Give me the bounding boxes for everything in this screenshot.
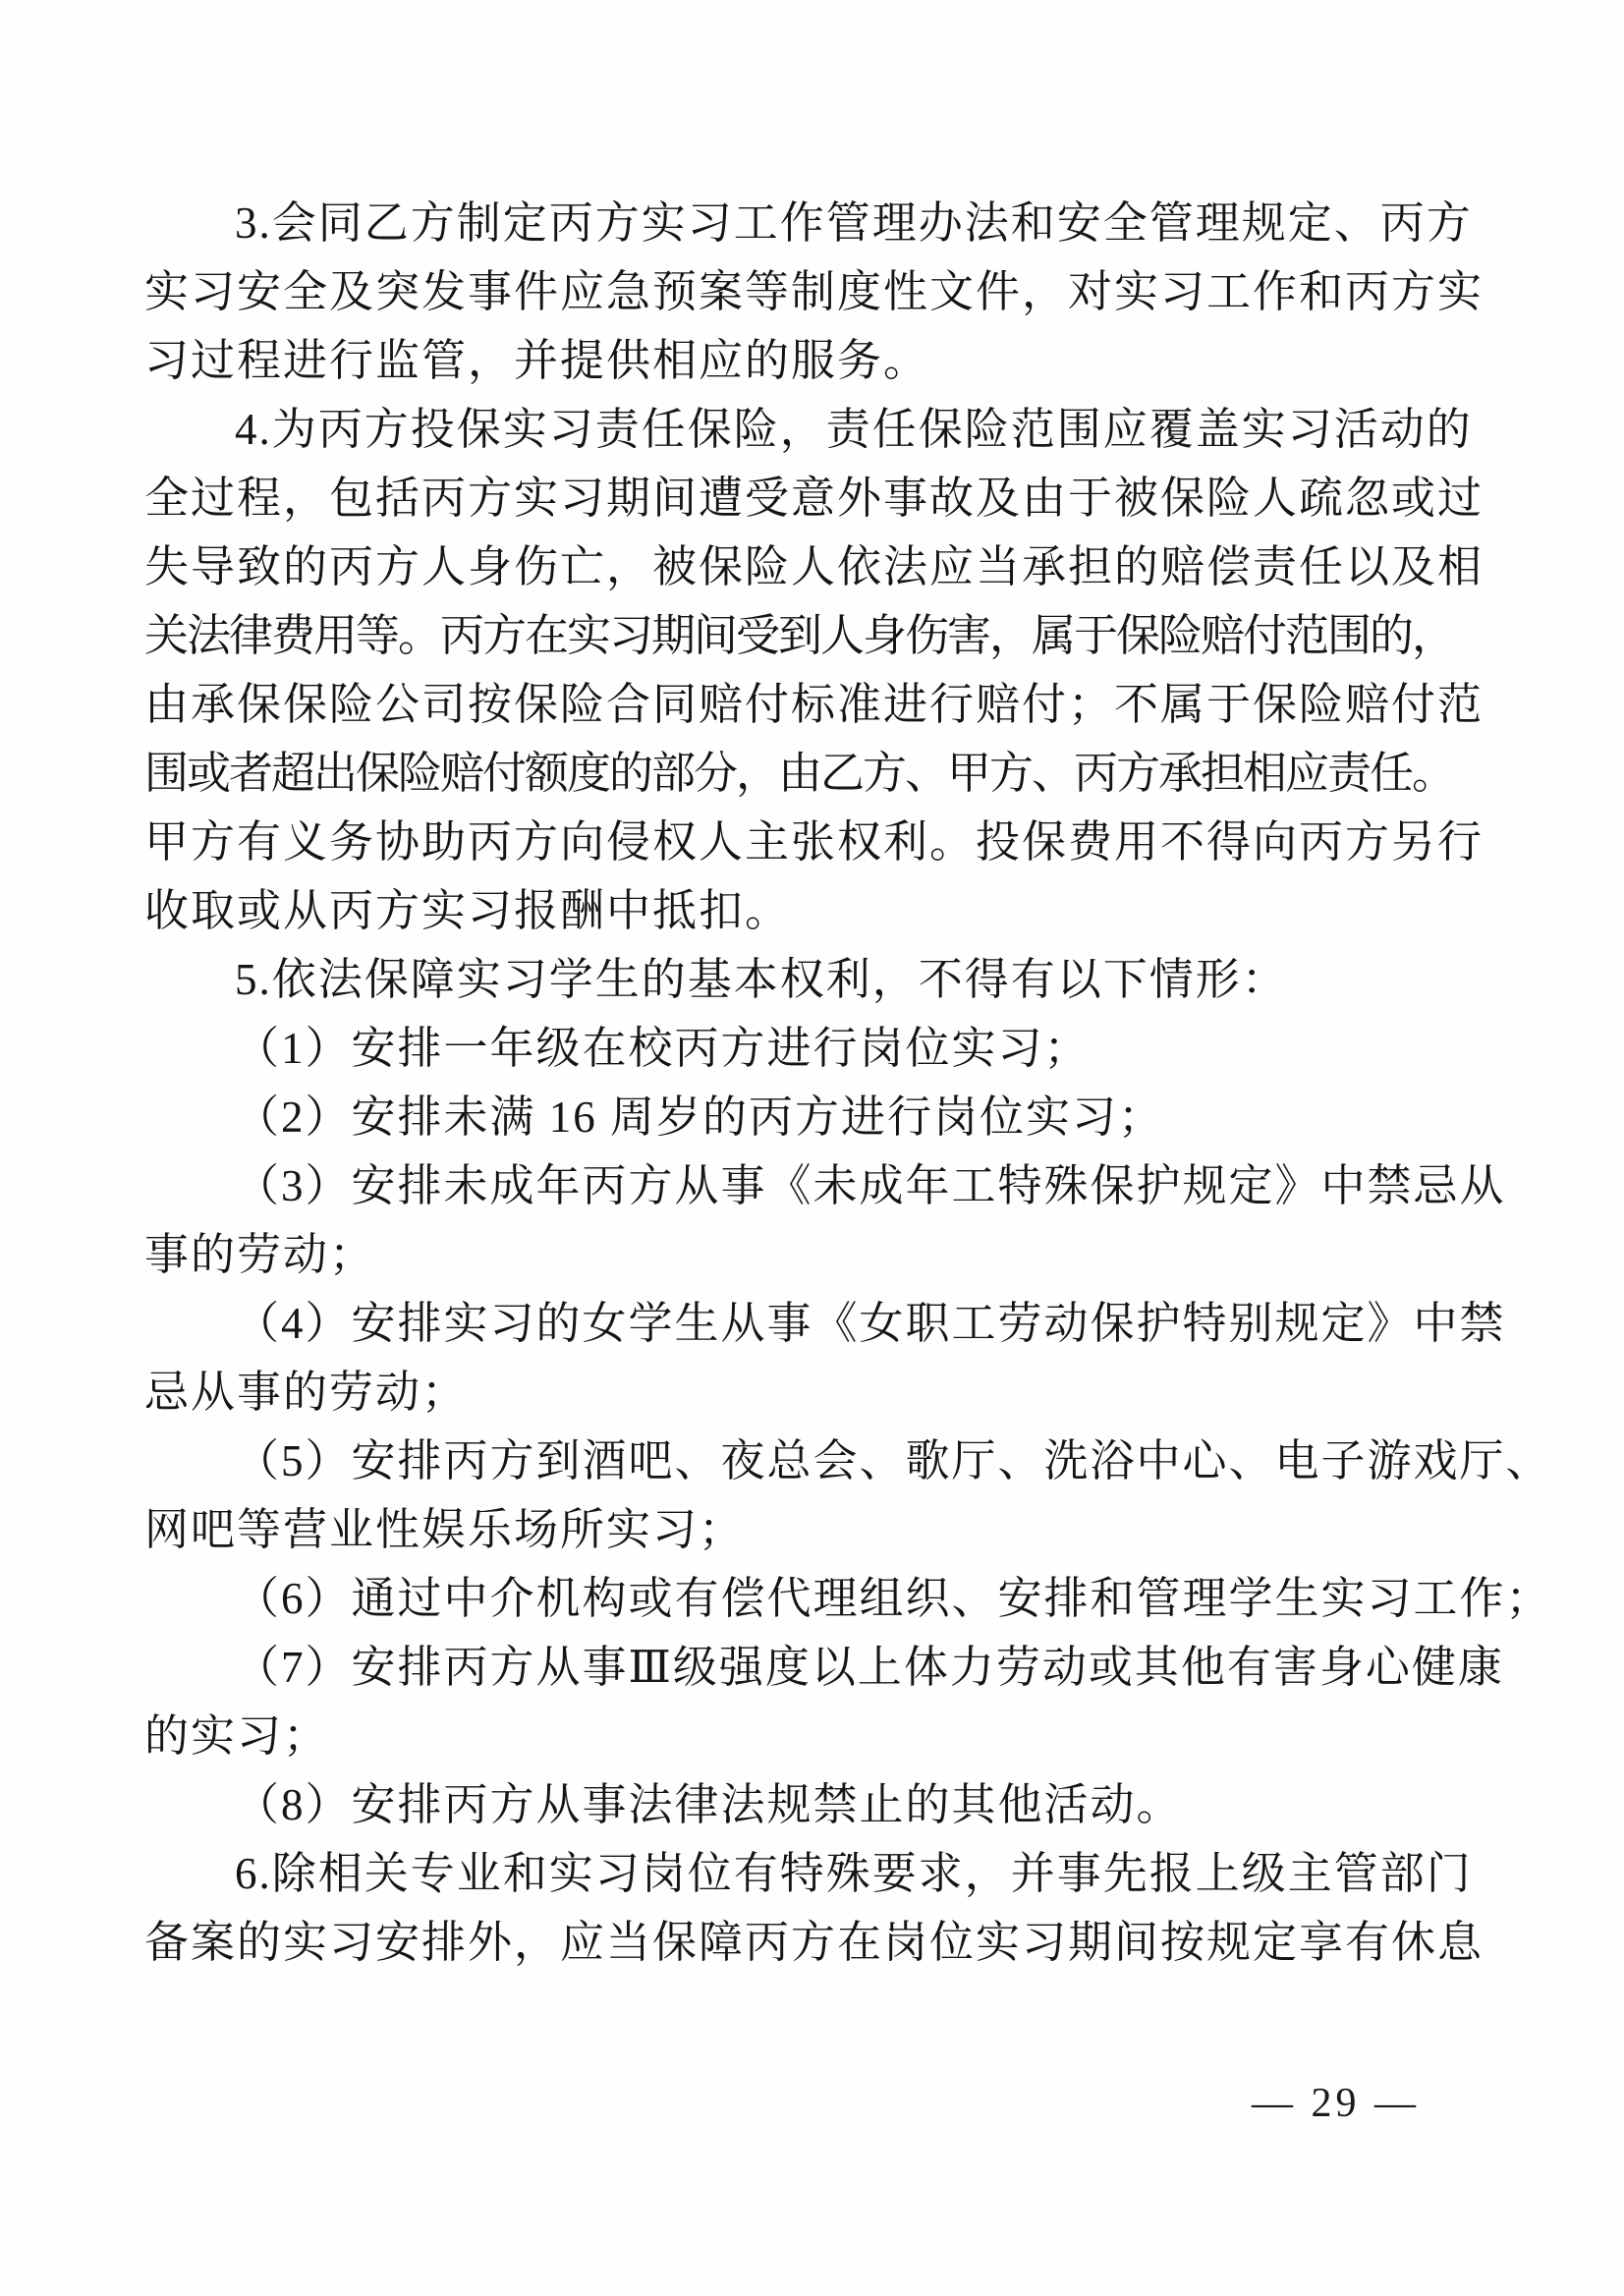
text-line: 事的劳动；: [144, 1220, 1492, 1289]
text-line: 由承保保险公司按保险合同赔付标准进行赔付；不属于保险赔付范: [144, 670, 1492, 739]
text-line: 5.依法保障实习学生的基本权利，不得有以下情形：: [144, 945, 1492, 1014]
document-page: 3.会同乙方制定丙方实习工作管理办法和安全管理规定、丙方 实习安全及突发事件应急…: [0, 0, 1624, 2296]
text-line: （3）安排未成年丙方从事《未成年工特殊保护规定》中禁忌从: [144, 1151, 1492, 1220]
text-line: 备案的实习安排外，应当保障丙方在岗位实习期间按规定享有休息: [144, 1908, 1492, 1977]
text-line: 网吧等营业性娱乐场所实习；: [144, 1495, 1492, 1564]
text-line: （7）安排丙方从事Ⅲ级强度以上体力劳动或其他有害身心健康: [144, 1633, 1492, 1702]
text-line: 6.除相关专业和实习岗位有特殊要求，并事先报上级主管部门: [144, 1839, 1492, 1908]
text-line: （2）安排未满 16 周岁的丙方进行岗位实习；: [144, 1083, 1492, 1151]
text-line: （5）安排丙方到酒吧、夜总会、歌厅、洗浴中心、电子游戏厅、: [144, 1427, 1492, 1495]
text-line: 实习安全及突发事件应急预案等制度性文件，对实习工作和丙方实: [144, 257, 1492, 326]
text-line: 习过程进行监管，并提供相应的服务。: [144, 326, 1492, 395]
text-line: 全过程，包括丙方实习期间遭受意外事故及由于被保险人疏忽或过: [144, 464, 1492, 532]
text-line: 失导致的丙方人身伤亡，被保险人依法应当承担的赔偿责任以及相: [144, 532, 1492, 601]
text-line: （6）通过中介机构或有偿代理组织、安排和管理学生实习工作；: [144, 1564, 1492, 1633]
text-line: 甲方有义务协助丙方向侵权人主张权利。投保费用不得向丙方另行: [144, 808, 1492, 876]
page-number: — 29 —: [1252, 2069, 1420, 2138]
text-line: 的实习；: [144, 1702, 1492, 1770]
text-line: 围或者超出保险赔付额度的部分，由乙方、甲方、丙方承担相应责任。: [144, 739, 1492, 808]
text-line: （4）安排实习的女学生从事《女职工劳动保护特别规定》中禁: [144, 1289, 1492, 1358]
text-line: （8）安排丙方从事法律法规禁止的其他活动。: [144, 1770, 1492, 1839]
text-line: 忌从事的劳动；: [144, 1358, 1492, 1427]
text-line: 3.会同乙方制定丙方实习工作管理办法和安全管理规定、丙方: [144, 189, 1492, 257]
text-line: 关法律费用等。丙方在实习期间受到人身伤害，属于保险赔付范围的，: [144, 601, 1492, 670]
text-line: 4.为丙方投保实习责任保险，责任保险范围应覆盖实习活动的: [144, 395, 1492, 464]
text-line: 收取或从丙方实习报酬中抵扣。: [144, 876, 1492, 945]
document-body: 3.会同乙方制定丙方实习工作管理办法和安全管理规定、丙方 实习安全及突发事件应急…: [144, 189, 1492, 1977]
text-line: （1）安排一年级在校丙方进行岗位实习；: [144, 1014, 1492, 1083]
